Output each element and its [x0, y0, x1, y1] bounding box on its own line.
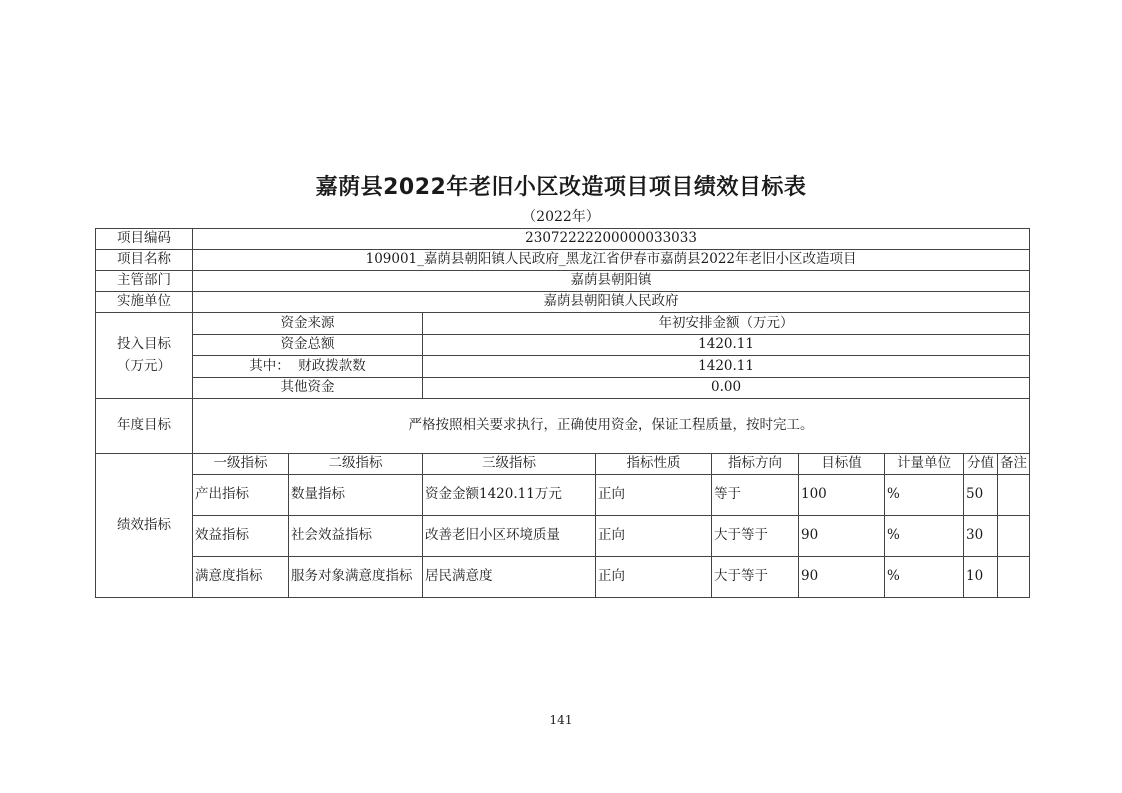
header-level2: 二级指标 [289, 454, 423, 475]
level2-cell: 服务对象满意度指标 [289, 557, 423, 598]
header-target: 目标值 [799, 454, 885, 475]
unit-cell: % [885, 516, 964, 557]
project-name-value: 109001_嘉荫县朝阳镇人民政府_黑龙江省伊春市嘉荫县2022年老旧小区改造项… [193, 250, 1030, 271]
fund-value: 1420.11 [423, 356, 1030, 378]
implementing-unit-value: 嘉荫县朝阳镇人民政府 [193, 292, 1030, 313]
score-cell: 30 [964, 516, 998, 557]
implementing-unit-label: 实施单位 [96, 292, 193, 313]
page-number: 141 [0, 713, 1122, 727]
level1-cell: 效益指标 [193, 516, 289, 557]
investment-header-row: 投入目标 （万元） 资金来源 年初安排金额（万元） [96, 313, 1030, 335]
score-cell: 10 [964, 557, 998, 598]
score-cell: 50 [964, 475, 998, 516]
performance-label: 绩效指标 [96, 454, 193, 598]
document-title: 嘉荫县2022年老旧小区改造项目项目绩效目标表 [0, 170, 1122, 201]
investment-row: 其中： 财政拨款数 1420.11 [96, 356, 1030, 378]
level1-cell: 满意度指标 [193, 557, 289, 598]
level1-cell: 产出指标 [193, 475, 289, 516]
fund-value: 0.00 [423, 378, 1030, 399]
direction-cell: 等于 [712, 475, 799, 516]
nature-cell: 正向 [596, 516, 712, 557]
project-name-row: 项目名称 109001_嘉荫县朝阳镇人民政府_黑龙江省伊春市嘉荫县2022年老旧… [96, 250, 1030, 271]
indicator-row: 效益指标 社会效益指标 改善老旧小区环境质量 正向 大于等于 90 % 30 [96, 516, 1030, 557]
target-cell: 100 [799, 475, 885, 516]
nature-cell: 正向 [596, 475, 712, 516]
header-unit: 计量单位 [885, 454, 964, 475]
project-code-row: 项目编码 23072222200000033033 [96, 229, 1030, 250]
annual-goal-text: 严格按照相关要求执行，正确使用资金，保证工程质量，按时完工。 [193, 399, 1030, 454]
indicator-row: 满意度指标 服务对象满意度指标 居民满意度 正向 大于等于 90 % 10 [96, 557, 1030, 598]
level3-cell: 居民满意度 [423, 557, 596, 598]
investment-label: 投入目标 （万元） [96, 313, 193, 399]
fund-label: 其他资金 [193, 378, 423, 399]
fund-amount-header: 年初安排金额（万元） [423, 313, 1030, 335]
project-name-label: 项目名称 [96, 250, 193, 271]
department-row: 主管部门 嘉荫县朝阳镇 [96, 271, 1030, 292]
header-level1: 一级指标 [193, 454, 289, 475]
annual-goal-row: 年度目标 严格按照相关要求执行，正确使用资金，保证工程质量，按时完工。 [96, 399, 1030, 454]
header-note: 备注 [998, 454, 1030, 475]
note-cell [998, 475, 1030, 516]
header-level3: 三级指标 [423, 454, 596, 475]
note-cell [998, 557, 1030, 598]
level2-cell: 数量指标 [289, 475, 423, 516]
unit-cell: % [885, 475, 964, 516]
project-code-label: 项目编码 [96, 229, 193, 250]
header-direction: 指标方向 [712, 454, 799, 475]
indicator-header-row: 绩效指标 一级指标 二级指标 三级指标 指标性质 指标方向 目标值 计量单位 分… [96, 454, 1030, 475]
department-label: 主管部门 [96, 271, 193, 292]
level2-cell: 社会效益指标 [289, 516, 423, 557]
document-subtitle: （2022年） [0, 206, 1122, 226]
investment-row: 资金总额 1420.11 [96, 335, 1030, 356]
indicator-row: 产出指标 数量指标 资金金额1420.11万元 正向 等于 100 % 50 [96, 475, 1030, 516]
investment-label-line2: （万元） [96, 356, 192, 378]
investment-row: 其他资金 0.00 [96, 378, 1030, 399]
implementing-unit-row: 实施单位 嘉荫县朝阳镇人民政府 [96, 292, 1030, 313]
header-nature: 指标性质 [596, 454, 712, 475]
performance-target-table: 项目编码 23072222200000033033 项目名称 109001_嘉荫… [95, 228, 1030, 598]
target-cell: 90 [799, 557, 885, 598]
investment-label-line1: 投入目标 [96, 334, 192, 356]
nature-cell: 正向 [596, 557, 712, 598]
fund-label: 资金总额 [193, 335, 423, 356]
direction-cell: 大于等于 [712, 516, 799, 557]
level3-cell: 资金金额1420.11万元 [423, 475, 596, 516]
unit-cell: % [885, 557, 964, 598]
level3-cell: 改善老旧小区环境质量 [423, 516, 596, 557]
target-cell: 90 [799, 516, 885, 557]
header-score: 分值 [964, 454, 998, 475]
project-code-value: 23072222200000033033 [193, 229, 1030, 250]
annual-goal-label: 年度目标 [96, 399, 193, 454]
fund-source-header: 资金来源 [193, 313, 423, 335]
department-value: 嘉荫县朝阳镇 [193, 271, 1030, 292]
direction-cell: 大于等于 [712, 557, 799, 598]
note-cell [998, 516, 1030, 557]
fund-value: 1420.11 [423, 335, 1030, 356]
fund-label: 其中： 财政拨款数 [193, 356, 423, 378]
